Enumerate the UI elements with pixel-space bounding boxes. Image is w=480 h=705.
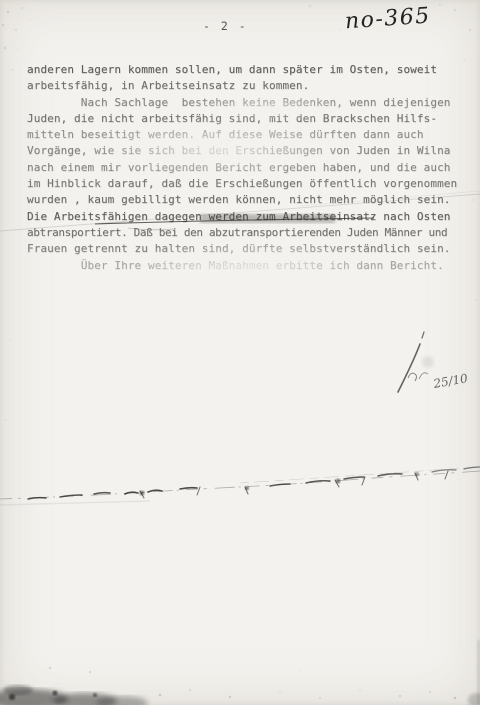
handwritten-date: 25/10 xyxy=(431,371,469,391)
fold-scratch-line xyxy=(0,467,480,505)
bottom-smudge xyxy=(0,640,480,705)
scan-artifacts-overlay: no-365 25/10 xyxy=(0,0,480,705)
handwritten-checkmark xyxy=(398,332,434,392)
noise-speckles xyxy=(2,4,477,699)
exhibit-number-handwriting: no-365 xyxy=(344,3,431,34)
strike-through-mark xyxy=(95,214,374,230)
document-page: - 2 - anderen Lagern kommen sollen, um d… xyxy=(0,0,480,705)
upper-fold-crease xyxy=(0,191,480,231)
